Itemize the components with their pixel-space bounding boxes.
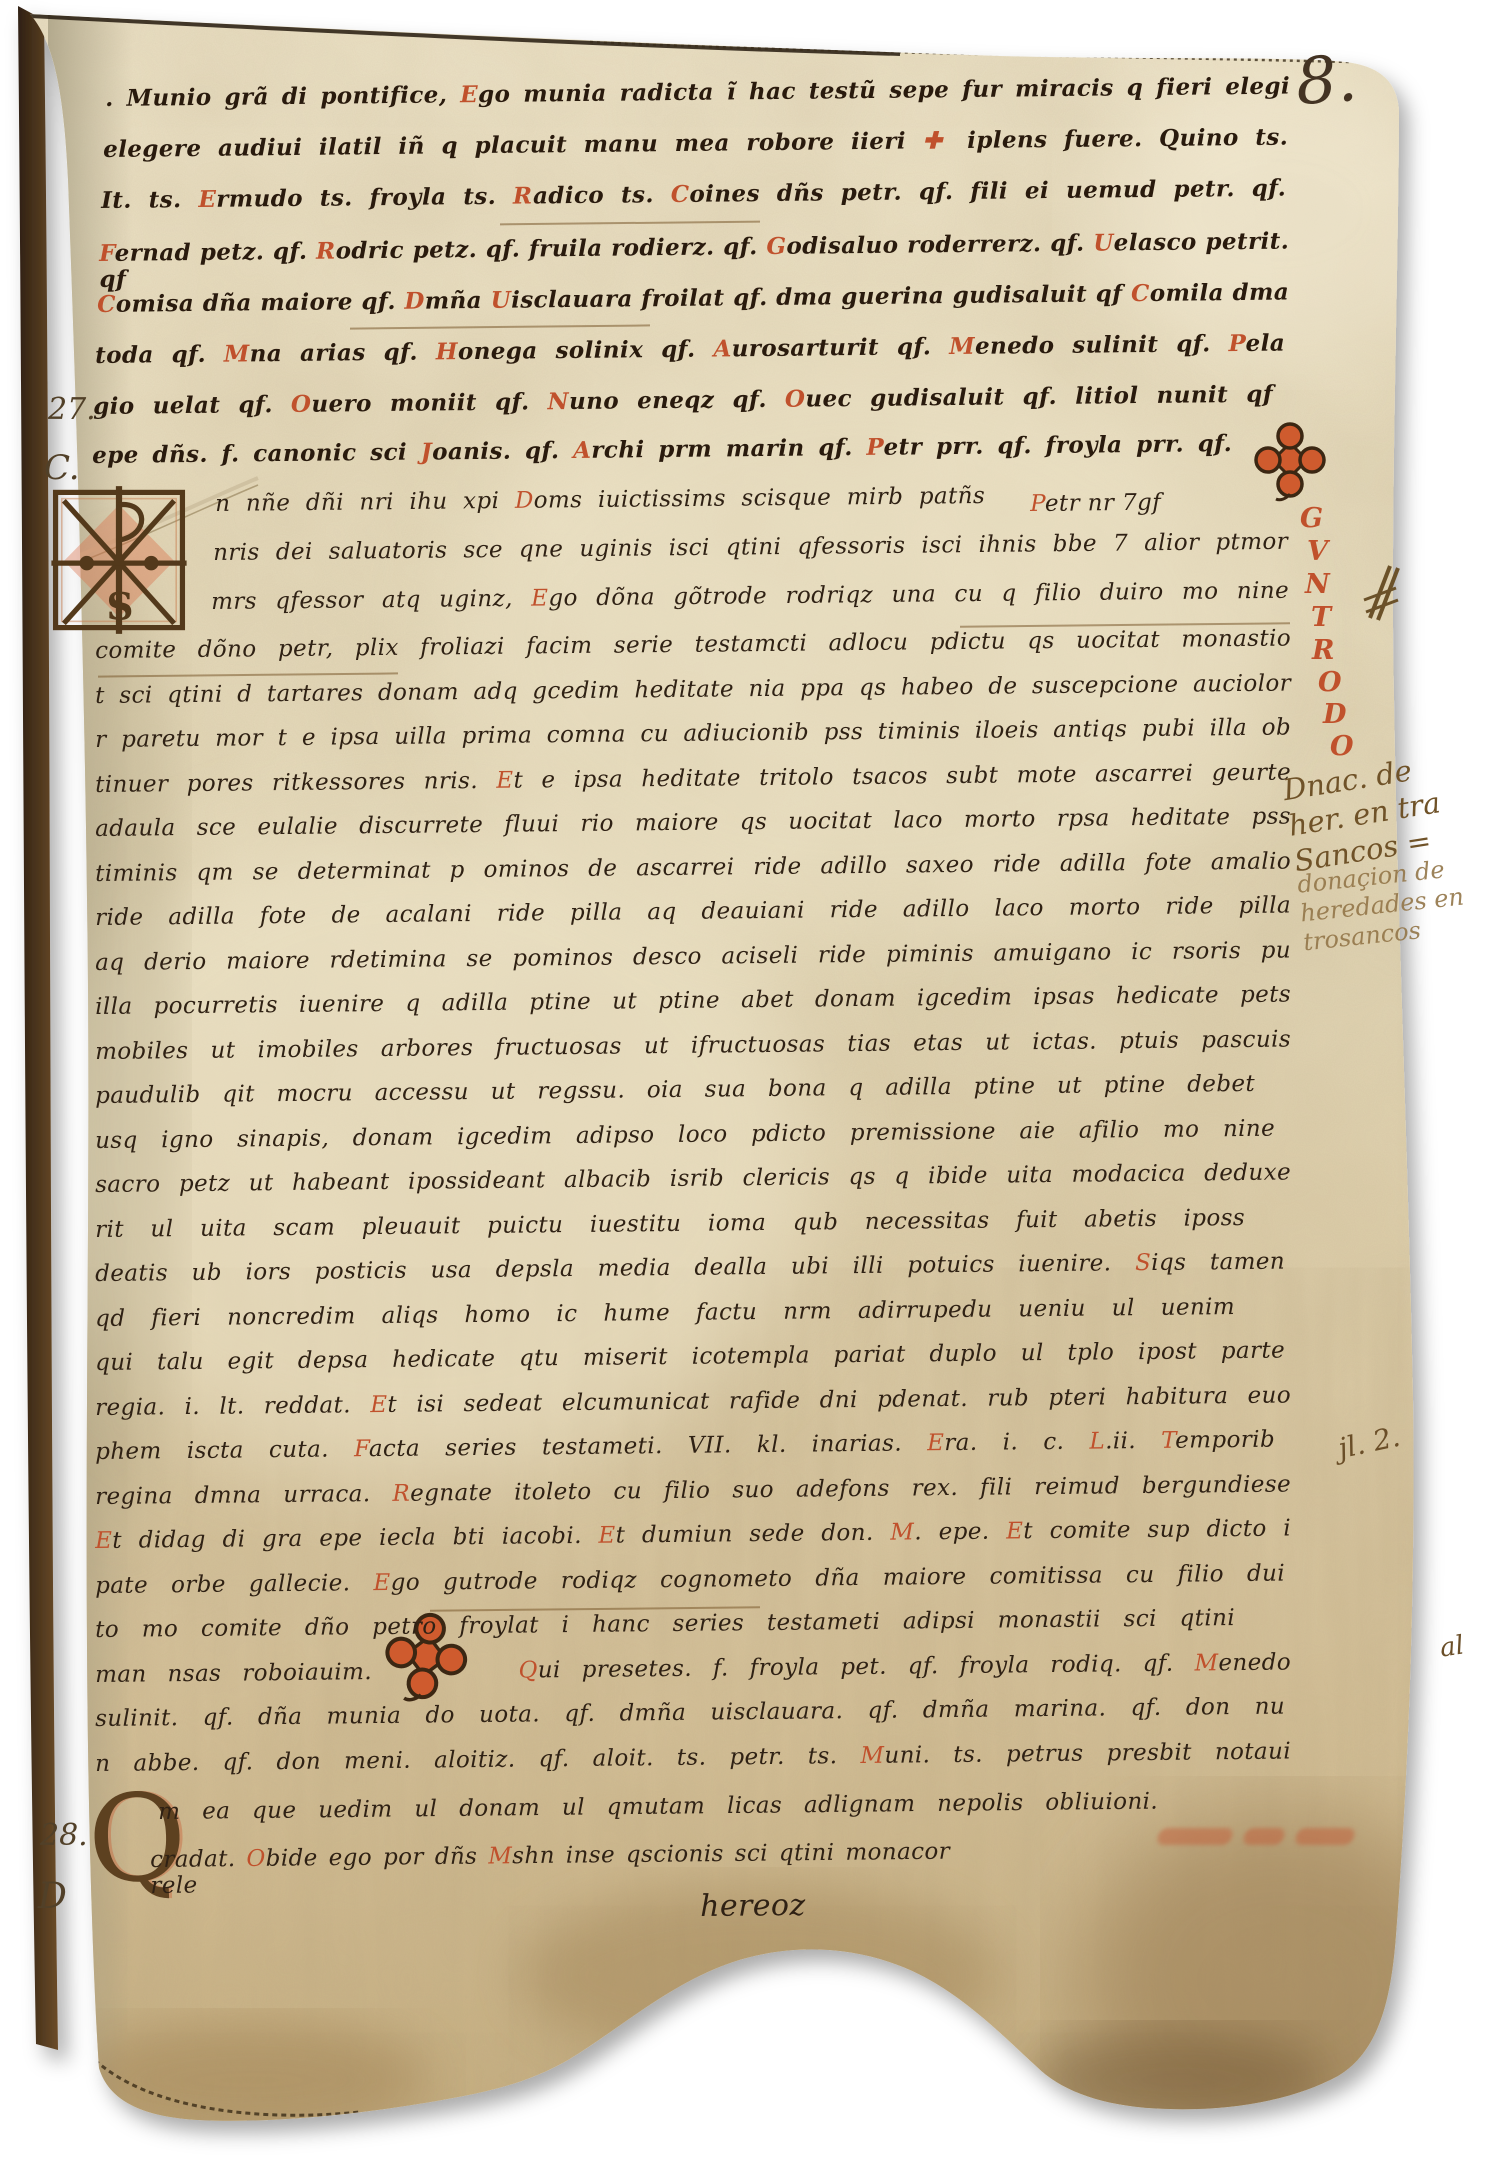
quatrefoil-cross-icon [1250,416,1330,508]
manuscript-text-line: hereoz [700,1889,806,1924]
folio-number: 8. [1293,42,1359,120]
archival-number: D [38,1876,67,1917]
marginal-note: donaçion deheredades entrosancos [1296,854,1468,958]
archival-number: C. [44,448,80,488]
rubric-letter: D [1323,699,1346,730]
archival-number: 28. [40,1818,88,1853]
pen-mark: al [1438,1630,1466,1663]
binding-edge [18,6,58,2050]
archival-number: 27. [48,392,96,427]
manuscript-text-line: Petr nr 7gf [1030,491,1161,518]
rubric-letter: V [1307,536,1328,567]
rubric-letter: R [1312,635,1334,666]
hatch-mark [1362,560,1402,628]
svg-text:S: S [107,584,134,628]
rubric-letter: G [1300,503,1323,534]
rubric-letter: T [1311,602,1331,633]
manuscript-page-scan: 8. S [0,0,1504,2171]
manuscript-text-line: cradat. Obide ego por dñs Mshn inse qsci… [150,1840,950,1900]
rubric-letter: N [1305,569,1330,600]
rubric-letter: O [1330,731,1354,762]
rubric-letter: O [1318,667,1342,698]
chrismon-monogram: S [40,482,198,642]
faded-red-annotation [1158,1828,1366,1849]
